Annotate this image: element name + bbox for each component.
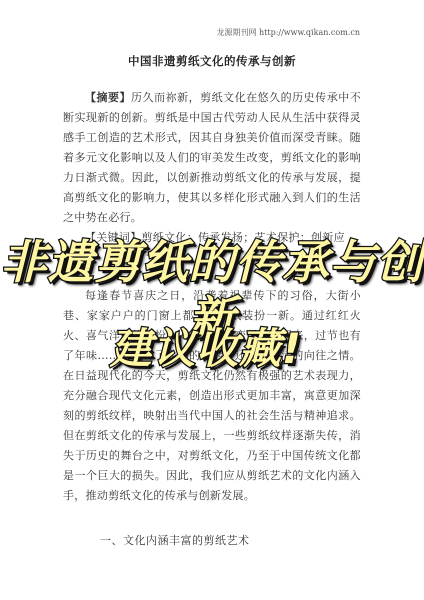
document-page: 龙源期刊网 http://www.qikan.com.cn 中国非遗剪纸文化的传… xyxy=(0,0,424,600)
abstract-label: 【摘要】 xyxy=(85,91,131,104)
document-title: 中国非遗剪纸文化的传承与创新 xyxy=(0,53,424,69)
abstract-text: 历久而祢新，剪纸文化在悠久的历史传承中不断实现新的创新。剪纸是中国古代劳动人民从… xyxy=(63,91,361,224)
section-heading: 一、文化内涵丰富的剪纸艺术 xyxy=(100,532,250,548)
abstract-paragraph: 【摘要】历久而祢新，剪纸文化在悠久的历史传承中不断实现新的创新。剪纸是中国古代劳… xyxy=(63,88,361,228)
journal-source-header: 龙源期刊网 http://www.qikan.com.cn xyxy=(216,27,360,38)
overlay-subline: 建议收藏! xyxy=(0,322,418,376)
